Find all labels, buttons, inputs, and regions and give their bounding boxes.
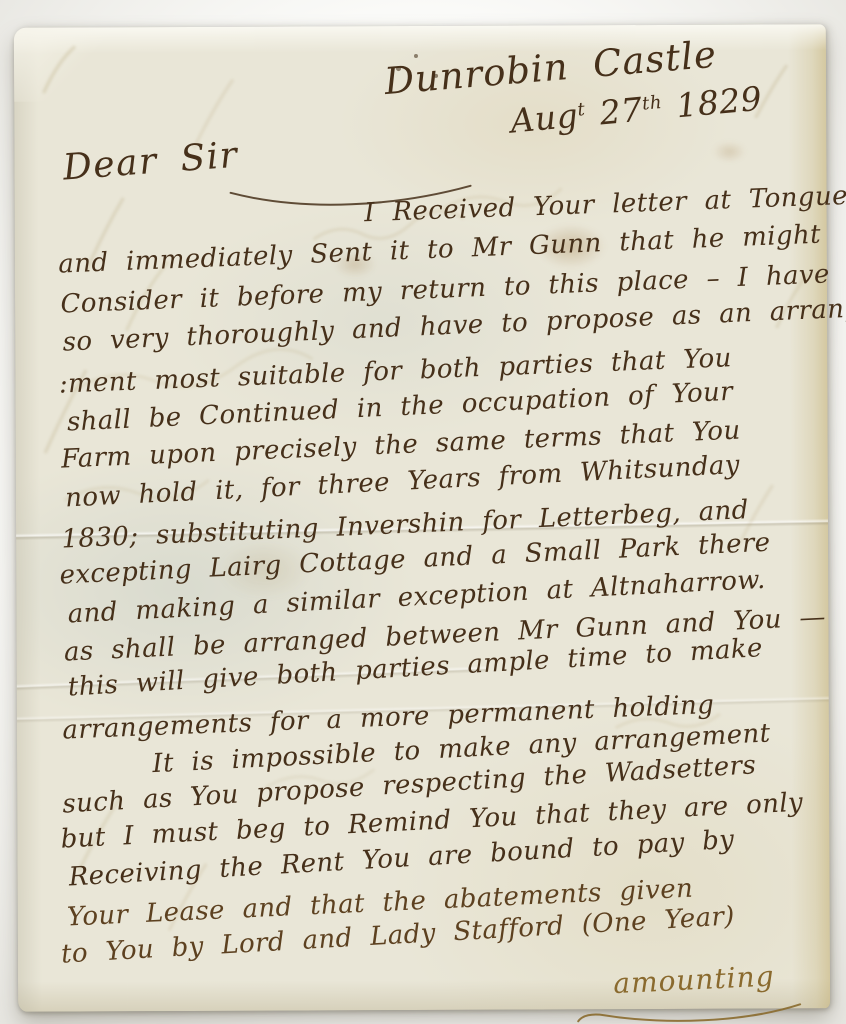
corner-fold [14,27,110,101]
date-month-suffix: t [577,99,587,121]
letter-page: Dunrobin Castle Augt27th1829 Dear Sir I … [14,24,830,1012]
scan-background: { "letter": { "heading": { "place": "Dun… [0,0,846,1024]
date-day-suffix: th [641,92,663,115]
catchword: amounting [613,959,776,1000]
date-year: 1829 [675,79,764,126]
date-day: 27 [598,90,644,133]
date-month: Aug [509,96,580,141]
salutation: Dear Sir [62,135,240,189]
ink-stain [712,141,746,163]
catchword-flourish [574,1000,804,1024]
